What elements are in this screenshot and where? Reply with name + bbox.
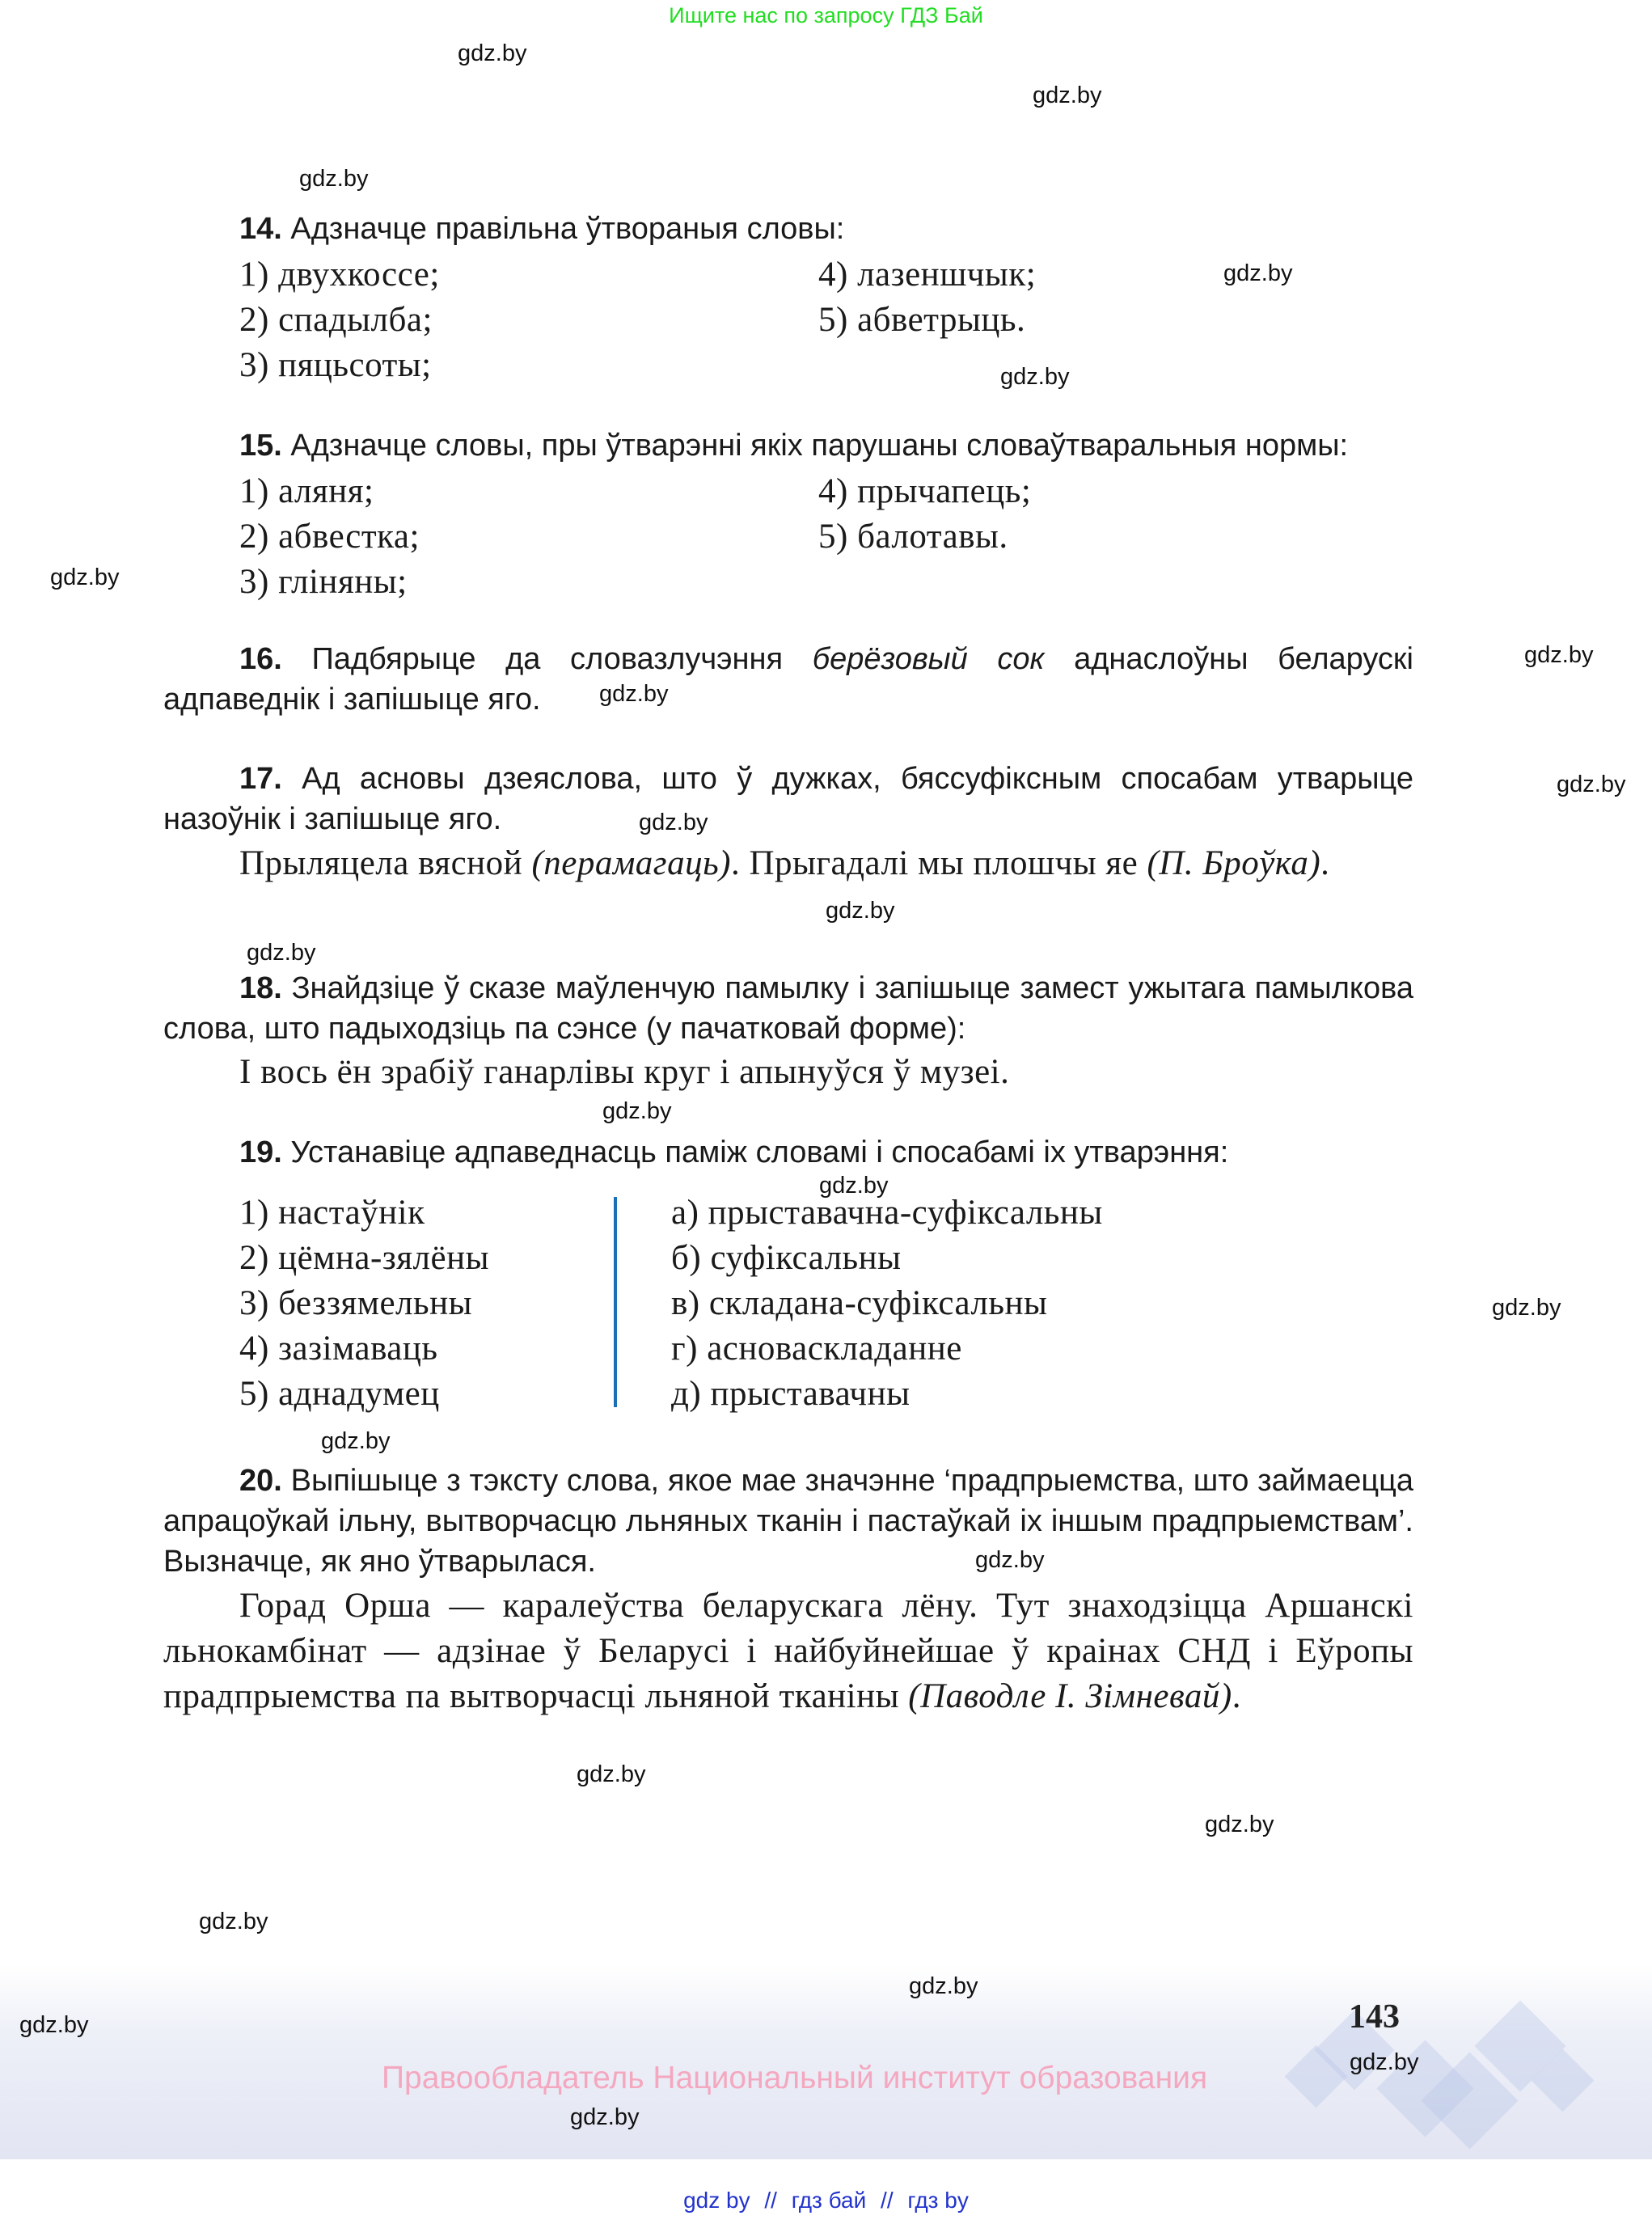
- watermark: gdz.by: [826, 898, 894, 924]
- search-banner[interactable]: Ищите нас по запросу ГДЗ Бай: [0, 3, 1652, 28]
- watermark: gdz.by: [819, 1173, 888, 1199]
- exercise-15-prompt: 15. Адзначце словы, пры ўтварэнні якіх п…: [163, 425, 1413, 466]
- option: 4) лазеншчык;: [818, 252, 1036, 298]
- exercise-14-prompt: 14. Адзначце правільна ўтвораныя словы:: [163, 209, 1413, 249]
- prompt-text: Устанавіце адпаведнасць паміж словамі і …: [290, 1135, 1228, 1169]
- footer-separator: //: [764, 2188, 777, 2213]
- watermark: gdz.by: [1205, 1812, 1274, 1838]
- exercise-18-prompt: 18. Знайдзіце ў сказе маўленчую памылку …: [163, 968, 1413, 1049]
- exercise-17-prompt: 17. Ад асновы дзеяслова, што ў дужках, б…: [163, 759, 1413, 839]
- prompt-text: Знайдзіце ў сказе маўленчую памылку і за…: [163, 971, 1413, 1046]
- watermark: gdz.by: [321, 1428, 390, 1455]
- watermark: gdz.by: [299, 166, 368, 192]
- option: 3) гліняны;: [239, 560, 408, 605]
- exercise-number: 19.: [239, 1135, 282, 1169]
- match-divider: [614, 1197, 617, 1407]
- exercise-prompt: Адзначце правільна ўтвораныя словы:: [290, 212, 844, 246]
- exercise-number: 17.: [239, 762, 282, 796]
- watermark: gdz.by: [247, 940, 315, 966]
- option: 4) прычапець;: [818, 469, 1031, 514]
- match-word: 5) аднадумец: [239, 1372, 440, 1417]
- watermark: gdz.by: [50, 564, 119, 591]
- exercise-number: 20.: [239, 1464, 282, 1498]
- match-method: в) складана-суфіксальны: [671, 1281, 1047, 1326]
- option: 5) абветрыць.: [818, 298, 1025, 343]
- exercise-prompt: Адзначце словы, пры ўтварэнні якіх паруш…: [290, 429, 1348, 463]
- copyright-notice: Правообладатель Национальный институт об…: [382, 2061, 1207, 2096]
- exercise-20-text: Горад Орша — каралеўства беларускага лён…: [163, 1583, 1413, 1719]
- watermark: gdz.by: [975, 1547, 1044, 1574]
- punctuation: .: [1320, 844, 1329, 882]
- watermark: gdz.by: [1033, 82, 1101, 109]
- watermark: gdz.by: [1000, 364, 1069, 391]
- prompt-italic-phrase: берёзовый сок: [813, 642, 1045, 676]
- match-word: 2) цёмна-зялёны: [239, 1236, 489, 1281]
- option: 2) спадылба;: [239, 298, 433, 343]
- option: 5) балотавы.: [818, 514, 1008, 560]
- watermark: gdz.by: [599, 681, 668, 708]
- match-word: 3) беззямельны: [239, 1281, 472, 1326]
- prompt-text: Ад асновы дзеяслова, што ў дужках, бяссу…: [163, 762, 1413, 836]
- watermark: gdz.by: [1350, 2049, 1418, 2076]
- watermark: gdz.by: [1223, 260, 1292, 287]
- footer-link[interactable]: гдз бай: [792, 2188, 867, 2213]
- exercise-18-sentence: І вось ён зрабіў ганарлівы круг і апынуў…: [239, 1050, 1009, 1095]
- excerpt-text: . Прыгадалі мы плошчы яе: [731, 844, 1138, 882]
- option: 1) аляня;: [239, 469, 374, 514]
- exercise-number: 14.: [239, 212, 282, 246]
- match-method: г) асноваскладанне: [671, 1326, 962, 1372]
- match-method: б) суфіксальны: [671, 1236, 902, 1281]
- watermark: gdz.by: [639, 810, 708, 836]
- option: 2) абвестка;: [239, 514, 420, 560]
- watermark: gdz.by: [1524, 642, 1593, 669]
- exercise-20-prompt: 20. Выпішыце з тэксту слова, якое мае зн…: [163, 1461, 1413, 1582]
- option: 3) пяцьсоты;: [239, 343, 432, 388]
- footer-link[interactable]: gdz by: [683, 2188, 750, 2213]
- footer-links: gdz by // гдз бай // гдз by: [0, 2188, 1652, 2213]
- exercise-number: 15.: [239, 429, 282, 463]
- watermark: gdz.by: [19, 2012, 88, 2039]
- exercise-19-prompt: 19. Устанавіце адпаведнасць паміж словам…: [163, 1132, 1413, 1173]
- footer-link[interactable]: гдз by: [907, 2188, 968, 2213]
- excerpt-text: Прыляцела вясной: [239, 844, 522, 882]
- footer-separator: //: [881, 2188, 894, 2213]
- excerpt-source: (Паводле І. Зімневай): [908, 1677, 1232, 1715]
- watermark: gdz.by: [570, 2104, 639, 2131]
- option: 1) двухкоссе;: [239, 252, 440, 298]
- exercise-17-text: Прыляцела вясной (перамагаць). Прыгадалі…: [163, 841, 1413, 886]
- exercise-16-prompt: 16. Падбярыце да словазлучэння берёзовый…: [163, 639, 1413, 720]
- prompt-text: Выпішыце з тэксту слова, якое мае значэн…: [163, 1464, 1413, 1579]
- exercise-number: 16.: [239, 642, 282, 676]
- watermark: gdz.by: [458, 40, 526, 67]
- page-number: 143: [1349, 1998, 1400, 2036]
- exercise-number: 18.: [239, 971, 282, 1005]
- watermark: gdz.by: [1557, 772, 1625, 798]
- watermark: gdz.by: [909, 1973, 978, 2000]
- match-word: 4) зазімаваць: [239, 1326, 438, 1372]
- excerpt-italic: (перамагаць): [531, 844, 731, 882]
- match-word: 1) настаўнік: [239, 1190, 425, 1236]
- watermark: gdz.by: [1492, 1295, 1561, 1321]
- watermark: gdz.by: [199, 1909, 268, 1935]
- watermark: gdz.by: [577, 1761, 645, 1788]
- watermark: gdz.by: [602, 1098, 671, 1125]
- match-method: д) прыставачны: [671, 1372, 910, 1417]
- excerpt-source: (П. Броўка): [1147, 844, 1320, 882]
- punctuation: .: [1232, 1677, 1241, 1715]
- prompt-text: Падбярыце да словазлучэння: [311, 642, 783, 676]
